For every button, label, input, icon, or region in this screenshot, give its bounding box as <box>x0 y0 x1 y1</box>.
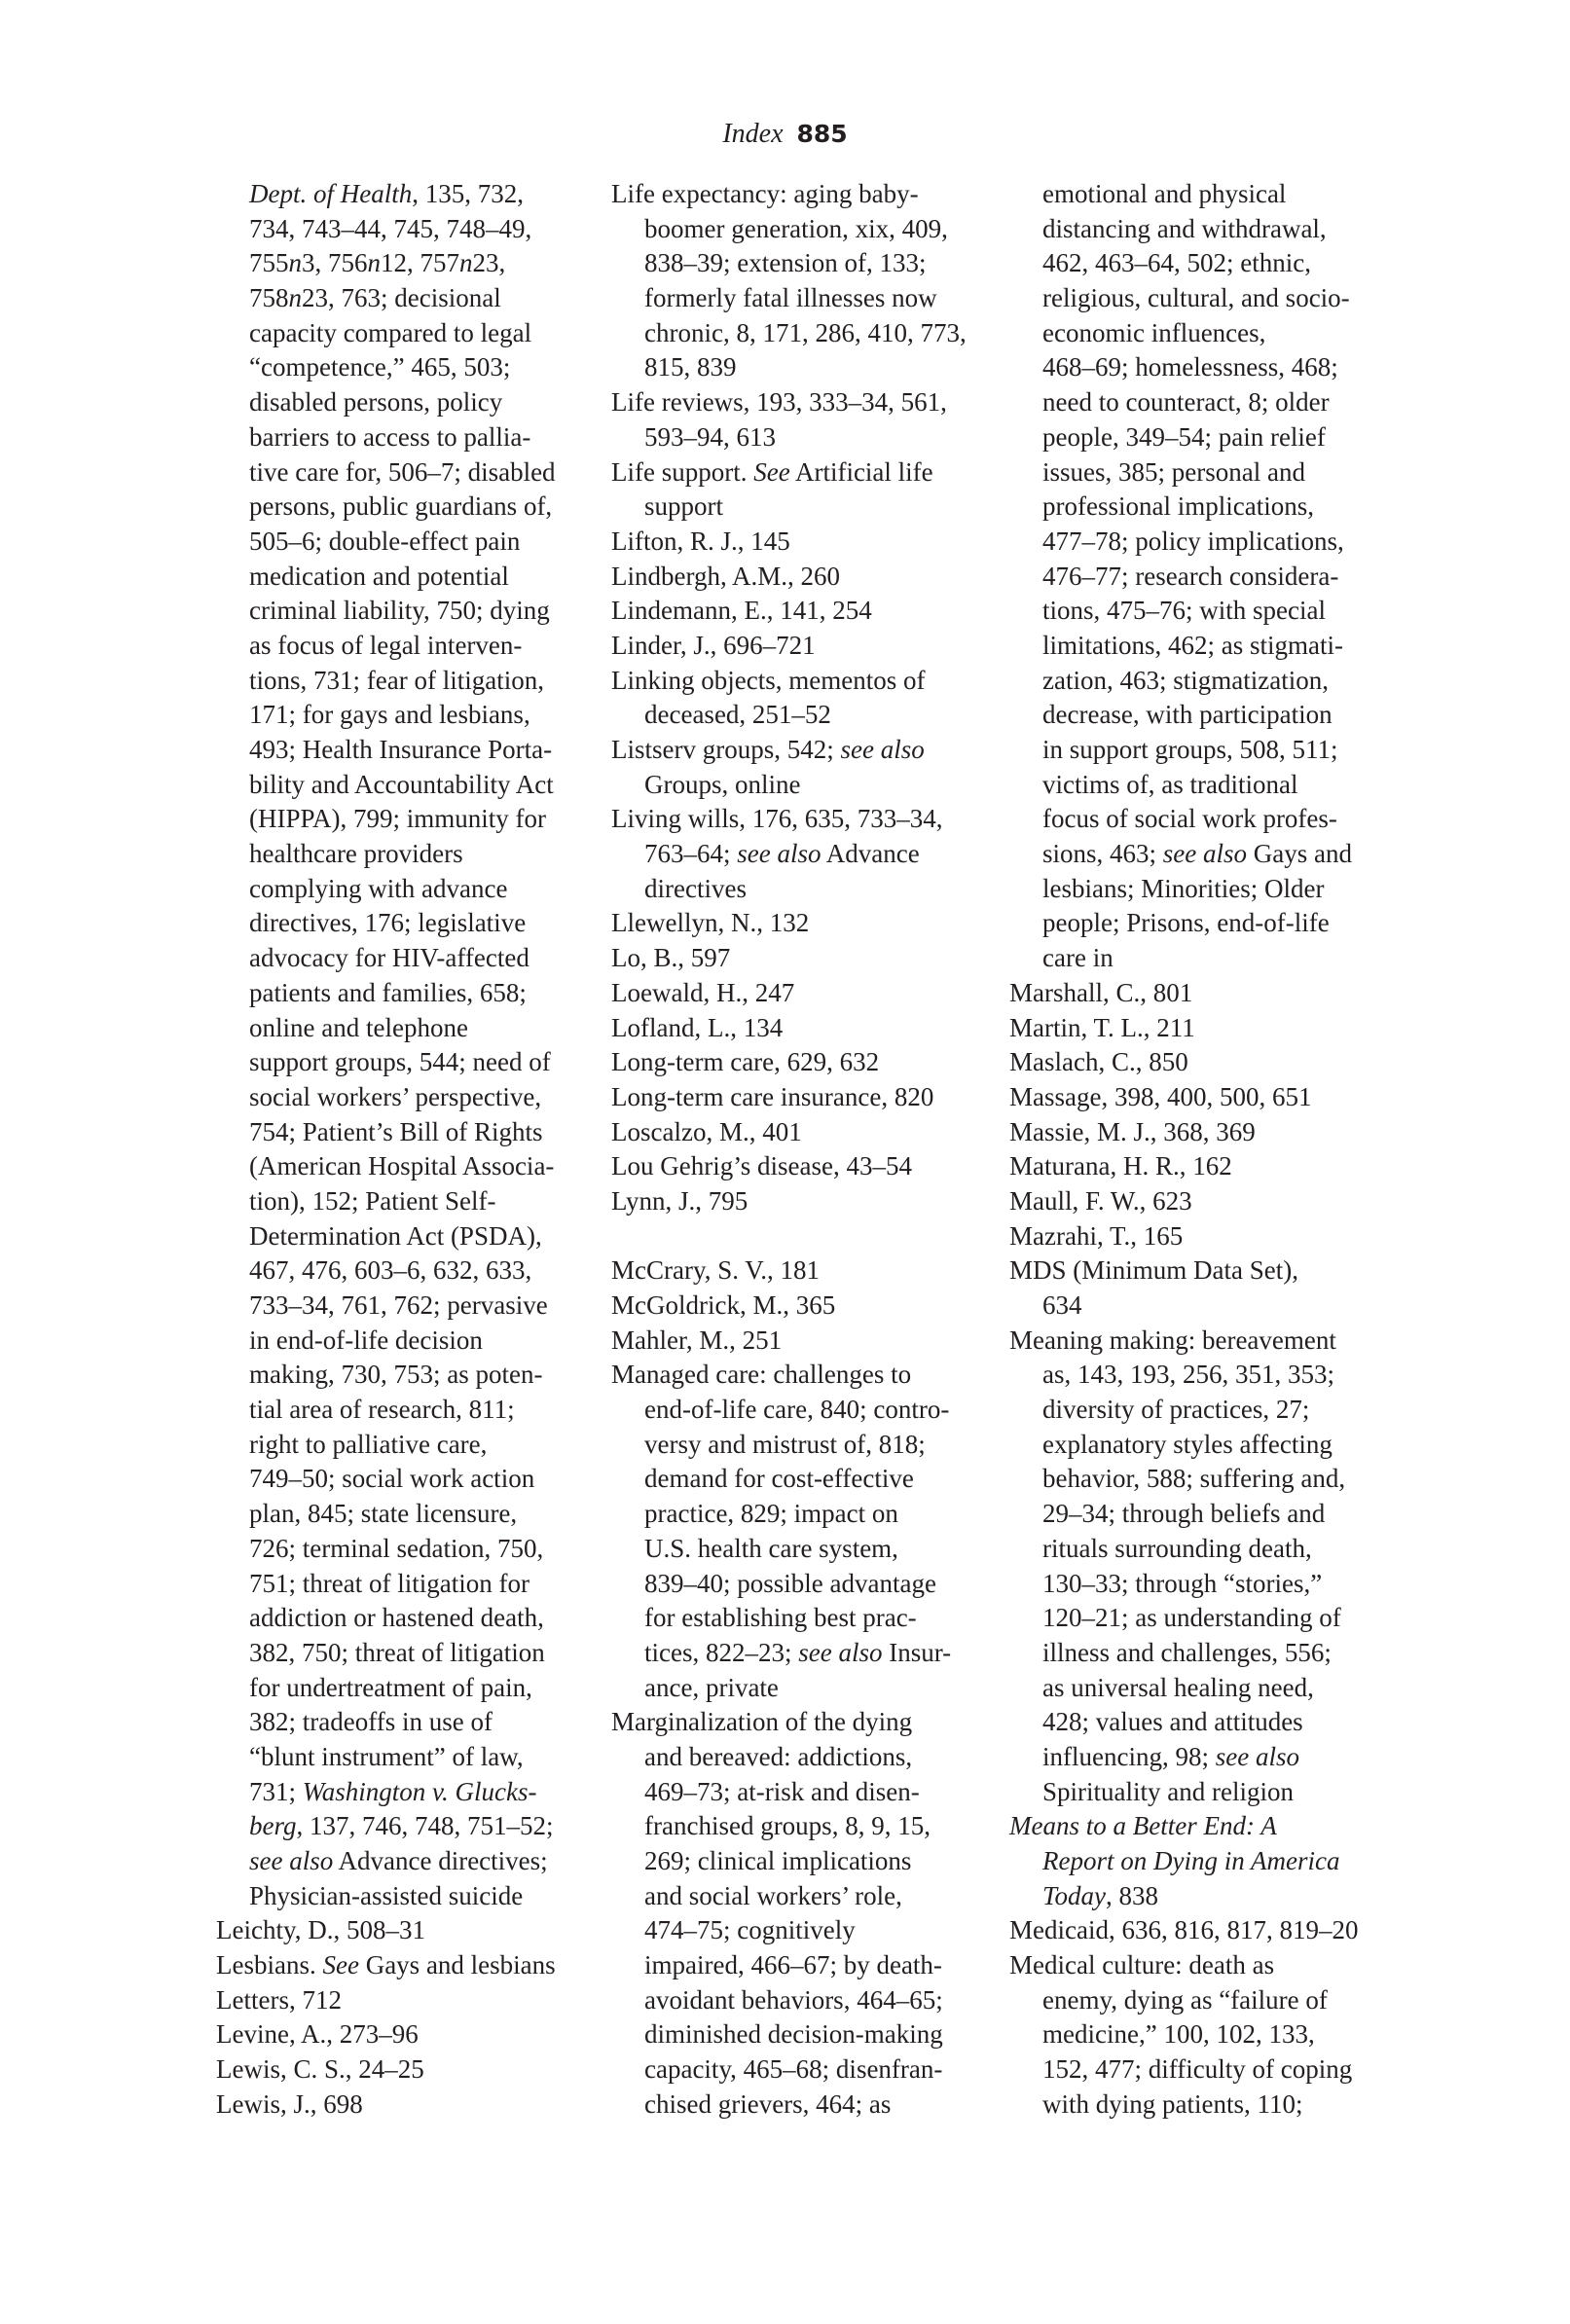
text: need to counteract, 8; older <box>1042 387 1330 417</box>
italic-text: Dept. of Health <box>249 179 412 208</box>
text: Listserv groups, 542; <box>611 735 841 764</box>
text: people; Prisons, end-of-life <box>1042 908 1330 937</box>
index-subentry-line: chised grievers, 464; as <box>611 2088 1001 2123</box>
text: rituals surrounding death, <box>1042 1534 1312 1563</box>
index-subentry-line: “blunt instrument” of law, <box>216 1740 605 1775</box>
index-subentry-line: 29–34; through beliefs and <box>1009 1497 1399 1532</box>
index-entry-line: Lindemann, E., 141, 254 <box>611 594 1001 629</box>
text: behavior, 588; suffering and, <box>1042 1464 1345 1493</box>
text: as focus of legal interven- <box>249 631 522 660</box>
index-subentry-line: 130–33; through “stories,” <box>1009 1567 1399 1602</box>
index-subentry-line: berg, 137, 746, 748, 751–52; <box>216 1809 605 1844</box>
index-subentry-line: for establishing best prac- <box>611 1601 1001 1636</box>
index-subentry-line: diversity of practices, 27; <box>1009 1393 1399 1428</box>
text: Leichty, D., 508–31 <box>216 1915 425 1944</box>
text: tions, 475–76; with special <box>1042 596 1326 625</box>
text: Lou Gehrig’s disease, 43–54 <box>611 1151 912 1180</box>
text: focus of social work profes- <box>1042 804 1337 833</box>
index-subentry-line: 733–34, 761, 762; pervasive <box>216 1289 605 1324</box>
text: disabled persons, policy <box>249 387 502 417</box>
text: complying with advance <box>249 874 507 903</box>
text: Maturana, H. R., 162 <box>1009 1151 1232 1180</box>
index-subentry-line: Today, 838 <box>1009 1879 1399 1914</box>
index-column-1: Dept. of Health, 135, 732,734, 743–44, 7… <box>216 177 605 2123</box>
text: in end-of-life decision <box>249 1325 483 1355</box>
index-subentry-line: 731; Washington v. Glucks- <box>216 1775 605 1810</box>
text: Lynn, J., 795 <box>611 1186 748 1216</box>
text: lesbians; Minorities; Older <box>1042 874 1324 903</box>
text: 839–40; possible advantage <box>644 1569 936 1598</box>
index-subentry-line: Dept. of Health, 135, 732, <box>216 177 605 212</box>
running-head: Index885 <box>0 119 1570 150</box>
index-subentry-line: 467, 476, 603–6, 632, 633, <box>216 1253 605 1289</box>
index-entry-line: McGoldrick, M., 365 <box>611 1289 1001 1324</box>
text: Life expectancy: aging baby- <box>611 179 919 208</box>
index-subentry-line: tial area of research, 811; <box>216 1393 605 1428</box>
index-entry-line: Marginalization of the dying <box>611 1705 1001 1740</box>
index-subentry-line: 734, 743–44, 745, 748–49, <box>216 212 605 247</box>
index-subentry-line: tion), 152; Patient Self- <box>216 1184 605 1219</box>
text: Long-term care, 629, 632 <box>611 1047 879 1076</box>
text: addiction or hastened death, <box>249 1603 544 1632</box>
text: Lo, B., 597 <box>611 943 730 972</box>
text: Lifton, R. J., 145 <box>611 527 790 556</box>
text: Linder, J., 696–721 <box>611 631 816 660</box>
text: 23, 763; decisional <box>302 283 501 312</box>
text: Martin, T. L., 211 <box>1009 1013 1195 1042</box>
text: Lofland, L., 134 <box>611 1013 783 1042</box>
index-subentry-line: barriers to access to pallia- <box>216 420 605 455</box>
text: 476–77; research considera- <box>1042 562 1338 591</box>
text: end-of-life care, 840; contro- <box>644 1395 949 1424</box>
text: emotional and physical <box>1042 179 1286 208</box>
index-entry-line: Lo, B., 597 <box>611 941 1001 976</box>
index-subentry-line: as, 143, 193, 256, 351, 353; <box>1009 1358 1399 1393</box>
index-entry-line: Life reviews, 193, 333–34, 561, <box>611 385 1001 420</box>
text: capacity compared to legal <box>249 318 531 347</box>
index-entry-line: Loscalzo, M., 401 <box>611 1115 1001 1150</box>
text: medication and potential <box>249 562 509 591</box>
text: diversity of practices, 27; <box>1042 1395 1309 1424</box>
text: in support groups, 508, 511; <box>1042 735 1338 764</box>
index-subentry-line: impaired, 466–67; by death- <box>611 1948 1001 1983</box>
index-entry-line: Life expectancy: aging baby- <box>611 177 1001 212</box>
text: people, 349–54; pain relief <box>1042 422 1326 452</box>
text: Gays and <box>1247 839 1352 868</box>
text: Lewis, C. S., 24–25 <box>216 2054 424 2084</box>
index-subentry-line: criminal liability, 750; dying <box>216 594 605 629</box>
index-subentry-line: support groups, 544; need of <box>216 1045 605 1080</box>
index-entry-line: Meaning making: bereavement <box>1009 1324 1399 1359</box>
index-subentry-line: need to counteract, 8; older <box>1009 385 1399 420</box>
text: 838–39; extension of, 133; <box>644 248 926 277</box>
index-entry-line: Linking objects, mementos of <box>611 664 1001 699</box>
text: Linking objects, mementos of <box>611 666 925 695</box>
index-entry-line: Linder, J., 696–721 <box>611 629 1001 664</box>
index-subentry-line: 428; values and attitudes <box>1009 1705 1399 1740</box>
index-subentry-line: 382, 750; threat of litigation <box>216 1636 605 1671</box>
index-subentry-line: 758n23, 763; decisional <box>216 281 605 316</box>
text: Advance <box>822 839 920 868</box>
index-subentry-line: emotional and physical <box>1009 177 1399 212</box>
index-subentry-line: and bereaved: addictions, <box>611 1740 1001 1775</box>
italic-text: See <box>753 457 789 487</box>
index-subentry-line: behavior, 588; suffering and, <box>1009 1462 1399 1497</box>
index-subentry-line: zation, 463; stigmatization, <box>1009 664 1399 699</box>
text: victims of, as traditional <box>1042 770 1297 799</box>
text: 755 <box>249 248 289 277</box>
index-subentry-line: persons, public guardians of, <box>216 490 605 525</box>
text: tial area of research, 811; <box>249 1395 515 1424</box>
text: 130–33; through “stories,” <box>1042 1569 1322 1598</box>
index-subentry-line: Physician-assisted suicide <box>216 1879 605 1914</box>
text: 23, <box>473 248 506 277</box>
text: Lindbergh, A.M., 260 <box>611 562 840 591</box>
text: issues, 385; personal and <box>1042 457 1305 487</box>
text: Lindemann, E., 141, 254 <box>611 596 872 625</box>
index-subentry-line: franchised groups, 8, 9, 15, <box>611 1809 1001 1844</box>
text: 726; terminal sedation, 750, <box>249 1534 543 1563</box>
index-subentry-line: 462, 463–64, 502; ethnic, <box>1009 246 1399 281</box>
index-subentry-line: economic influences, <box>1009 316 1399 351</box>
italic-text: n <box>368 248 382 277</box>
index-subentry-line: Determination Act (PSDA), <box>216 1219 605 1254</box>
index-subentry-line: for undertreatment of pain, <box>216 1671 605 1706</box>
text: , 137, 746, 748, 751–52; <box>297 1811 554 1840</box>
index-subentry-line: in end-of-life decision <box>216 1324 605 1359</box>
text: Massie, M. J., 368, 369 <box>1009 1117 1256 1146</box>
book-index-page: Index885 Dept. of Health, 135, 732,734, … <box>0 0 1570 2324</box>
text: and social workers’ role, <box>644 1881 902 1910</box>
index-subentry-line: 269; clinical implications <box>611 1844 1001 1879</box>
index-subentry-line: focus of social work profes- <box>1009 802 1399 837</box>
text: tive care for, 506–7; disabled <box>249 457 556 487</box>
index-entry-line: Loewald, H., 247 <box>611 976 1001 1011</box>
text: Loewald, H., 247 <box>611 978 794 1007</box>
text: chronic, 8, 171, 286, 410, 773, <box>644 318 967 347</box>
index-entry-line: Mazrahi, T., 165 <box>1009 1219 1399 1254</box>
text: McCrary, S. V., 181 <box>611 1255 820 1285</box>
text: support groups, 544; need of <box>249 1047 551 1076</box>
text: barriers to access to pallia- <box>249 422 530 452</box>
blank-line <box>611 1219 1001 1254</box>
text: as universal healing need, <box>1042 1673 1314 1702</box>
index-subentry-line: tions, 731; fear of litigation, <box>216 664 605 699</box>
text: 474–75; cognitively <box>644 1915 856 1944</box>
index-subentry-line: support <box>611 490 1001 525</box>
text: , 838 <box>1106 1881 1158 1910</box>
index-entry-line: Lifton, R. J., 145 <box>611 525 1001 560</box>
index-entry-line: Long-term care, 629, 632 <box>611 1045 1001 1080</box>
text: Maslach, C., 850 <box>1009 1047 1188 1076</box>
index-subentry-line: as universal healing need, <box>1009 1671 1399 1706</box>
index-entry-line: Martin, T. L., 211 <box>1009 1011 1399 1046</box>
text: Massage, 398, 400, 500, 651 <box>1009 1082 1311 1111</box>
index-entry-line: Levine, A., 273–96 <box>216 2017 605 2052</box>
index-subentry-line: 751; threat of litigation for <box>216 1567 605 1602</box>
text: Lesbians. <box>216 1950 322 1979</box>
index-subentry-line: sions, 463; see also Gays and <box>1009 837 1399 872</box>
text: Lewis, J., 698 <box>216 2089 363 2119</box>
text: as, 143, 193, 256, 351, 353; <box>1042 1360 1334 1389</box>
text: support <box>644 491 723 521</box>
index-subentry-line: “competence,” 465, 503; <box>216 350 605 385</box>
index-entry-line: Lindbergh, A.M., 260 <box>611 560 1001 595</box>
text: 763–64; <box>644 839 737 868</box>
text: 152, 477; difficulty of coping <box>1042 2054 1352 2084</box>
index-subentry-line: Groups, online <box>611 768 1001 803</box>
text: 469–73; at-risk and disen- <box>644 1777 920 1806</box>
text: directives, 176; legislative <box>249 908 526 937</box>
text: Maull, F. W., 623 <box>1009 1186 1192 1216</box>
index-entry-line: Means to a Better End: A <box>1009 1809 1399 1844</box>
italic-text: Washington v. Glucks- <box>303 1777 537 1806</box>
index-subentry-line: in support groups, 508, 511; <box>1009 733 1399 768</box>
index-subentry-line: professional implications, <box>1009 490 1399 525</box>
text: practice, 829; impact on <box>644 1499 898 1528</box>
index-subentry-line: bility and Accountability Act <box>216 768 605 803</box>
text: (American Hospital Associa- <box>249 1151 554 1180</box>
text: Life reviews, 193, 333–34, 561, <box>611 387 947 417</box>
index-subentry-line: medicine,” 100, 102, 133, <box>1009 2017 1399 2052</box>
text: Medicaid, 636, 816, 817, 819–20 <box>1009 1915 1358 1944</box>
text: Physician-assisted suicide <box>249 1881 523 1910</box>
italic-text: see also <box>249 1846 333 1875</box>
index-subentry-line: 754; Patient’s Bill of Rights <box>216 1115 605 1150</box>
index-entry-line: Life support. See Artificial life <box>611 455 1001 490</box>
running-head-title: Index <box>722 119 783 149</box>
text: Advance directives; <box>333 1846 547 1875</box>
text: McGoldrick, M., 365 <box>611 1290 835 1320</box>
index-subentry-line: practice, 829; impact on <box>611 1497 1001 1532</box>
index-entry-line: Mahler, M., 251 <box>611 1324 1001 1359</box>
index-subentry-line: 634 <box>1009 1289 1399 1324</box>
text: 467, 476, 603–6, 632, 633, <box>249 1255 531 1285</box>
italic-text: Report on Dying in America <box>1042 1846 1339 1875</box>
text: Spirituality and religion <box>1042 1777 1294 1806</box>
index-subentry-line: 152, 477; difficulty of coping <box>1009 2052 1399 2088</box>
italic-text: n <box>289 248 303 277</box>
index-subentry-line: 505–6; double-effect pain <box>216 525 605 560</box>
index-subentry-line: capacity compared to legal <box>216 316 605 351</box>
index-subentry-line: care in <box>1009 941 1399 976</box>
text: illness and challenges, 556; <box>1042 1638 1332 1667</box>
index-subentry-line: issues, 385; personal and <box>1009 455 1399 490</box>
index-subentry-line: people; Prisons, end-of-life <box>1009 906 1399 941</box>
index-entry-line: Massage, 398, 400, 500, 651 <box>1009 1080 1399 1115</box>
text: Mahler, M., 251 <box>611 1325 782 1355</box>
text: limitations, 462; as stigmati- <box>1042 631 1343 660</box>
index-subentry-line: 382; tradeoffs in use of <box>216 1705 605 1740</box>
index-subentry-line: illness and challenges, 556; <box>1009 1636 1399 1671</box>
text: Managed care: challenges to <box>611 1360 911 1389</box>
index-subentry-line: 469–73; at-risk and disen- <box>611 1775 1001 1810</box>
text: religious, cultural, and socio- <box>1042 283 1350 312</box>
text: Marginalization of the dying <box>611 1707 912 1736</box>
text: online and telephone <box>249 1013 468 1042</box>
text: Medical culture: death as <box>1009 1950 1274 1979</box>
index-entry-line: Maturana, H. R., 162 <box>1009 1149 1399 1184</box>
index-entry-line: Medicaid, 636, 816, 817, 819–20 <box>1009 1913 1399 1948</box>
text: Groups, online <box>644 770 800 799</box>
text: 758 <box>249 283 289 312</box>
index-entry-line: Letters, 712 <box>216 1983 605 2018</box>
index-entry-line: Lesbians. See Gays and lesbians <box>216 1948 605 1983</box>
index-subentry-line: tions, 475–76; with special <box>1009 594 1399 629</box>
index-subentry-line: ance, private <box>611 1671 1001 1706</box>
index-entry-line: Marshall, C., 801 <box>1009 976 1399 1011</box>
index-subentry-line: social workers’ perspective, <box>216 1080 605 1115</box>
text: 462, 463–64, 502; ethnic, <box>1042 248 1311 277</box>
text: care in <box>1042 943 1114 972</box>
index-entry-line: Listserv groups, 542; see also <box>611 733 1001 768</box>
text: 477–78; policy implications, <box>1042 527 1344 556</box>
index-subentry-line: decrease, with participation <box>1009 698 1399 733</box>
text: decrease, with participation <box>1042 700 1333 729</box>
italic-text: Today <box>1042 1881 1106 1910</box>
text: , 135, 732, <box>412 179 524 208</box>
text: tices, 822–23; <box>644 1638 798 1667</box>
text: deceased, 251–52 <box>644 700 831 729</box>
index-entry-line: Lynn, J., 795 <box>611 1184 1001 1219</box>
text: patients and families, 658; <box>249 978 527 1007</box>
text: impaired, 466–67; by death- <box>644 1950 942 1979</box>
index-subentry-line: Report on Dying in America <box>1009 1844 1399 1879</box>
text: criminal liability, 750; dying <box>249 596 550 625</box>
text: explanatory styles affecting <box>1042 1430 1333 1459</box>
text: Llewellyn, N., 132 <box>611 908 809 937</box>
text: 382, 750; threat of litigation <box>249 1638 545 1667</box>
text: tions, 731; fear of litigation, <box>249 666 544 695</box>
text: Gays and lesbians <box>359 1950 556 1979</box>
italic-text: see also <box>1163 839 1247 868</box>
index-subentry-line: explanatory styles affecting <box>1009 1428 1399 1463</box>
text: distancing and withdrawal, <box>1042 214 1327 243</box>
text: “blunt instrument” of law, <box>249 1742 524 1771</box>
index-subentry-line: and social workers’ role, <box>611 1879 1001 1914</box>
index-subentry-line: with dying patients, 110; <box>1009 2088 1399 2123</box>
index-entry-line: Maull, F. W., 623 <box>1009 1184 1399 1219</box>
index-subentry-line: versy and mistrust of, 818; <box>611 1428 1001 1463</box>
index-subentry-line: deceased, 251–52 <box>611 698 1001 733</box>
text: Loscalzo, M., 401 <box>611 1117 802 1146</box>
index-subentry-line: demand for cost-effective <box>611 1462 1001 1497</box>
index-subentry-line: tive care for, 506–7; disabled <box>216 455 605 490</box>
text: professional implications, <box>1042 491 1314 521</box>
text: zation, 463; stigmatization, <box>1042 666 1329 695</box>
index-entry-line: MDS (Minimum Data Set), <box>1009 1253 1399 1289</box>
index-subentry-line: influencing, 98; see also <box>1009 1740 1399 1775</box>
index-subentry-line: addiction or hastened death, <box>216 1601 605 1636</box>
index-subentry-line: diminished decision-making <box>611 2017 1001 2052</box>
text: bility and Accountability Act <box>249 770 554 799</box>
text: advocacy for HIV-affected <box>249 943 529 972</box>
index-subentry-line: disabled persons, policy <box>216 385 605 420</box>
text: Letters, 712 <box>216 1985 342 2015</box>
text: 751; threat of litigation for <box>249 1569 529 1598</box>
text: formerly fatal illnesses now <box>644 283 937 312</box>
text: Mazrahi, T., 165 <box>1009 1221 1183 1251</box>
text: 3, 756 <box>302 248 368 277</box>
text: Marshall, C., 801 <box>1009 978 1192 1007</box>
text: 120–21; as understanding of <box>1042 1603 1341 1632</box>
index-subentry-line: end-of-life care, 840; contro- <box>611 1393 1001 1428</box>
text: directives <box>644 874 747 903</box>
text: sions, 463; <box>1042 839 1163 868</box>
text: 29–34; through beliefs and <box>1042 1499 1325 1528</box>
text: Long-term care insurance, 820 <box>611 1082 933 1111</box>
index-subentry-line: 815, 839 <box>611 350 1001 385</box>
text: economic influences, <box>1042 318 1265 347</box>
index-subentry-line: rituals surrounding death, <box>1009 1532 1399 1567</box>
text: plan, 845; state licensure, <box>249 1499 517 1528</box>
text: 171; for gays and lesbians, <box>249 700 530 729</box>
index-subentry-line: 593–94, 613 <box>611 420 1001 455</box>
index-subentry-line: 477–78; policy implications, <box>1009 525 1399 560</box>
text: 493; Health Insurance Porta- <box>249 735 552 764</box>
index-entry-line: Llewellyn, N., 132 <box>611 906 1001 941</box>
index-subentry-line: 171; for gays and lesbians, <box>216 698 605 733</box>
index-entry-line: Lewis, J., 698 <box>216 2088 605 2123</box>
text: 468–69; homelessness, 468; <box>1042 352 1338 381</box>
text: versy and mistrust of, 818; <box>644 1430 926 1459</box>
index-subentry-line: patients and families, 658; <box>216 976 605 1011</box>
text: “competence,” 465, 503; <box>249 352 510 381</box>
index-entry-line: Lewis, C. S., 24–25 <box>216 2052 605 2088</box>
italic-text: See <box>322 1950 358 1979</box>
text: 428; values and attitudes <box>1042 1707 1303 1736</box>
index-subentry-line: see also Advance directives; <box>216 1844 605 1879</box>
index-subentry-line: 839–40; possible advantage <box>611 1567 1001 1602</box>
index-subentry-line: avoidant behaviors, 464–65; <box>611 1983 1001 2018</box>
italic-text: Means to a Better End: A <box>1009 1811 1277 1840</box>
text: chised grievers, 464; as <box>644 2089 891 2119</box>
text: 749–50; social work action <box>249 1464 534 1493</box>
index-subentry-line: healthcare providers <box>216 837 605 872</box>
text: and bereaved: addictions, <box>644 1742 912 1771</box>
text: Levine, A., 273–96 <box>216 2019 419 2049</box>
text: Insur- <box>882 1638 951 1667</box>
text: 382; tradeoffs in use of <box>249 1707 493 1736</box>
text: enemy, dying as “failure of <box>1042 1985 1328 2015</box>
text: capacity, 465–68; disenfran- <box>644 2054 942 2084</box>
index-subentry-line: right to palliative care, <box>216 1428 605 1463</box>
text: avoidant behaviors, 464–65; <box>644 1985 943 2015</box>
index-subentry-line: 474–75; cognitively <box>611 1913 1001 1948</box>
index-column-3: emotional and physicaldistancing and wit… <box>1009 177 1399 2123</box>
text: 12, 757 <box>381 248 459 277</box>
index-subentry-line: advocacy for HIV-affected <box>216 941 605 976</box>
text: 505–6; double-effect pain <box>249 527 520 556</box>
italic-text: n <box>459 248 473 277</box>
text: medicine,” 100, 102, 133, <box>1042 2019 1315 2049</box>
text: 634 <box>1042 1290 1082 1320</box>
text: ance, private <box>644 1673 779 1702</box>
text: 815, 839 <box>644 352 737 381</box>
index-subentry-line: capacity, 465–68; disenfran- <box>611 2052 1001 2088</box>
text: 733–34, 761, 762; pervasive <box>249 1290 548 1320</box>
index-entry-line: McCrary, S. V., 181 <box>611 1253 1001 1289</box>
index-subentry-line: medication and potential <box>216 560 605 595</box>
index-subentry-line: U.S. health care system, <box>611 1532 1001 1567</box>
index-entry-line: Long-term care insurance, 820 <box>611 1080 1001 1115</box>
index-subentry-line: online and telephone <box>216 1011 605 1046</box>
index-subentry-line: (American Hospital Associa- <box>216 1149 605 1184</box>
index-subentry-line: boomer generation, xix, 409, <box>611 212 1001 247</box>
index-subentry-line: chronic, 8, 171, 286, 410, 773, <box>611 316 1001 351</box>
index-subentry-line: 755n3, 756n12, 757n23, <box>216 246 605 281</box>
text: 734, 743–44, 745, 748–49, <box>249 214 531 243</box>
